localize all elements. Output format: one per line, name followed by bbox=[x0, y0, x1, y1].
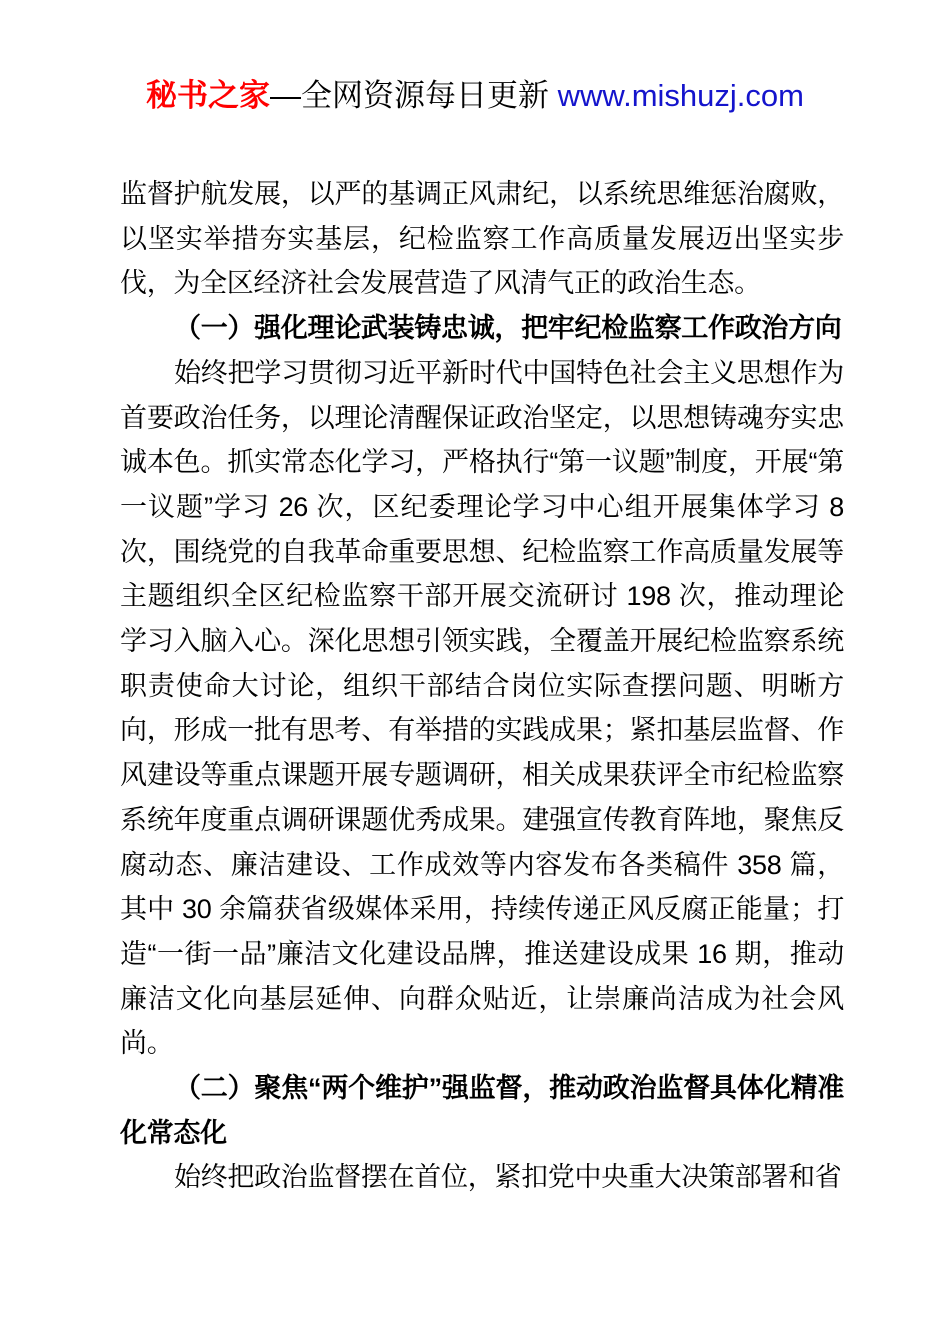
paragraph-intro: 监督护航发展，以严的基调正风肃纪，以系统思维惩治腐败，以坚实举措夯实基层，纪检监… bbox=[120, 172, 844, 306]
document-body: 监督护航发展，以严的基调正风肃纪，以系统思维惩治腐败，以坚实举措夯实基层，纪检监… bbox=[120, 172, 844, 1200]
paragraph-section-2: 始终把政治监督摆在首位，紧扣党中央重大决策部署和省 bbox=[120, 1155, 844, 1200]
page-header: 秘书之家—全网资源每日更新 www.mishuzj.com bbox=[0, 0, 950, 116]
heading-section-2: （二）聚焦“两个维护”强监督，推动政治监督具体化精准化常态化 bbox=[120, 1066, 844, 1155]
heading-section-1: （一）强化理论武装铸忠诚，把牢纪检监察工作政治方向 bbox=[120, 306, 844, 351]
paragraph-section-1: 始终把学习贯彻习近平新时代中国特色社会主义思想作为首要政治任务，以理论清醒保证政… bbox=[120, 351, 844, 1066]
site-name: 秘书之家 bbox=[146, 78, 270, 113]
document-page: 秘书之家—全网资源每日更新 www.mishuzj.com 监督护航发展，以严的… bbox=[0, 0, 950, 1344]
site-url-link[interactable]: www.mishuzj.com bbox=[558, 78, 804, 113]
site-tagline: —全网资源每日更新 bbox=[270, 78, 558, 113]
